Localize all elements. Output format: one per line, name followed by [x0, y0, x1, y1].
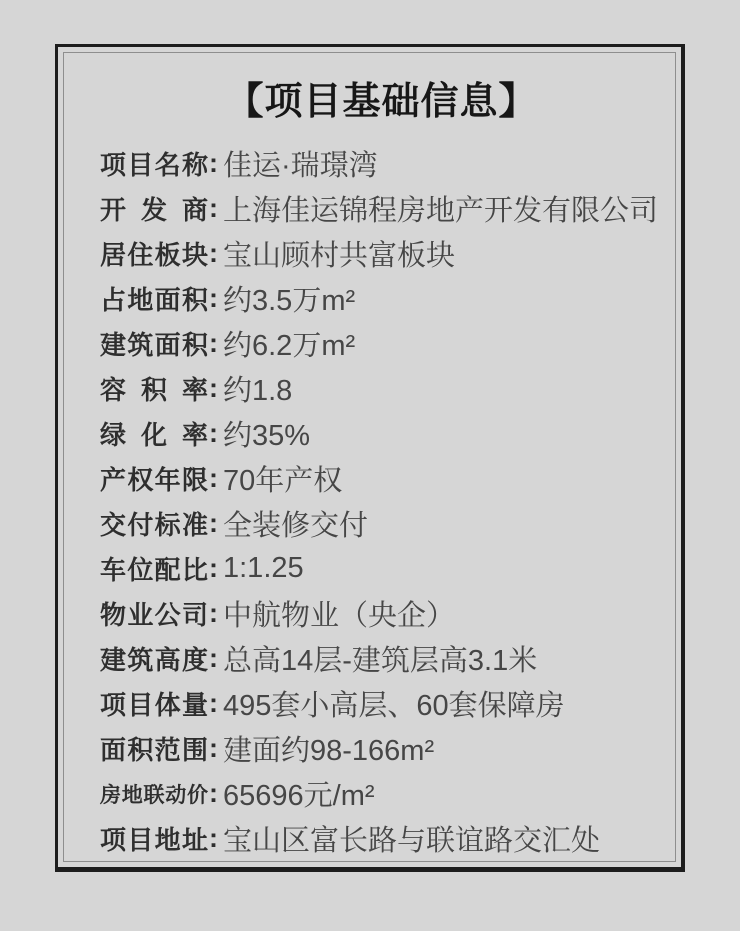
- info-row-plot-ratio: 容积率:约1.8: [100, 366, 663, 411]
- field-label: 占地面积: [100, 280, 208, 317]
- field-value: 约6.2万m²: [223, 323, 355, 364]
- info-row-developer: 开发商:上海佳运锦程房地产开发有限公司: [100, 186, 663, 231]
- field-value: 总高14层-建筑层高3.1米: [223, 638, 537, 679]
- field-value: 70年产权: [223, 458, 342, 499]
- field-value: 约3.5万m²: [223, 278, 355, 319]
- field-value: 宝山顾村共富板块: [223, 233, 455, 274]
- field-label: 面积范围: [100, 730, 208, 767]
- info-card: 【项目基础信息】 项目名称:佳运·瑞璟湾 开发商:上海佳运锦程房地产开发有限公司…: [55, 44, 685, 872]
- field-label: 项目地址: [100, 820, 208, 857]
- info-row-greening-rate: 绿化率:约35%: [100, 411, 663, 456]
- label-colon: :: [209, 643, 218, 674]
- info-row-project-name: 项目名称:佳运·瑞璟湾: [100, 141, 663, 186]
- label-colon: :: [209, 328, 218, 359]
- label-colon: :: [209, 598, 218, 629]
- info-row-land-area: 占地面积:约3.5万m²: [100, 276, 663, 321]
- field-label: 绿化率: [100, 415, 208, 452]
- label-colon: :: [209, 463, 218, 494]
- field-label: 车位配比: [100, 550, 208, 587]
- label-colon: :: [209, 778, 218, 809]
- field-value: 佳运·瑞璟湾: [223, 143, 378, 184]
- label-colon: :: [209, 553, 218, 584]
- field-value: 上海佳运锦程房地产开发有限公司: [223, 188, 658, 229]
- label-colon: :: [209, 283, 218, 314]
- label-colon: :: [209, 508, 218, 539]
- info-row-project-address: 项目地址:宝山区富长路与联谊路交汇处: [100, 816, 663, 861]
- field-label: 居住板块: [100, 235, 208, 272]
- label-colon: :: [209, 193, 218, 224]
- field-value: 65696元/m²: [223, 773, 375, 814]
- label-colon: :: [209, 373, 218, 404]
- field-label: 建筑高度: [100, 640, 208, 677]
- label-colon: :: [209, 688, 218, 719]
- field-label: 项目体量: [100, 685, 208, 722]
- card-title: 【项目基础信息】: [100, 77, 663, 125]
- field-label: 项目名称: [100, 145, 208, 182]
- field-label: 物业公司: [100, 595, 208, 632]
- info-row-delivery-standard: 交付标准:全装修交付: [100, 501, 663, 546]
- info-row-linked-price: 房地联动价:65696元/m²: [100, 771, 663, 816]
- info-row-area-range: 面积范围:建面约98-166m²: [100, 726, 663, 771]
- field-value: 宝山区富长路与联谊路交汇处: [223, 818, 600, 859]
- info-row-building-area: 建筑面积:约6.2万m²: [100, 321, 663, 366]
- field-value: 约35%: [223, 413, 310, 454]
- field-label: 开发商: [100, 190, 208, 227]
- info-row-project-volume: 项目体量:495套小高层、60套保障房: [100, 681, 663, 726]
- info-row-property-term: 产权年限:70年产权: [100, 456, 663, 501]
- info-row-residential-area: 居住板块:宝山顾村共富板块: [100, 231, 663, 276]
- field-value: 495套小高层、60套保障房: [223, 683, 565, 724]
- field-value: 建面约98-166m²: [223, 728, 434, 769]
- field-value: 约1.8: [223, 368, 292, 409]
- info-row-property-company: 物业公司:中航物业（央企）: [100, 591, 663, 636]
- field-value: 1:1.25: [223, 552, 304, 585]
- field-label: 产权年限: [100, 460, 208, 497]
- field-label: 交付标准: [100, 505, 208, 542]
- page: { "page": { "background_color": "#d6d6d6…: [0, 0, 740, 931]
- field-label: 容积率: [100, 370, 208, 407]
- info-row-building-height: 建筑高度:总高14层-建筑层高3.1米: [100, 636, 663, 681]
- field-label: 建筑面积: [100, 325, 208, 362]
- label-colon: :: [209, 238, 218, 269]
- info-row-parking-ratio: 车位配比:1:1.25: [100, 546, 663, 591]
- card-content: 【项目基础信息】 项目名称:佳运·瑞璟湾 开发商:上海佳运锦程房地产开发有限公司…: [58, 47, 681, 867]
- field-label: 房地联动价: [100, 779, 208, 809]
- field-value: 全装修交付: [223, 503, 368, 544]
- label-colon: :: [209, 148, 218, 179]
- label-colon: :: [209, 733, 218, 764]
- field-value: 中航物业（央企）: [223, 593, 455, 634]
- label-colon: :: [209, 418, 218, 449]
- label-colon: :: [209, 823, 218, 854]
